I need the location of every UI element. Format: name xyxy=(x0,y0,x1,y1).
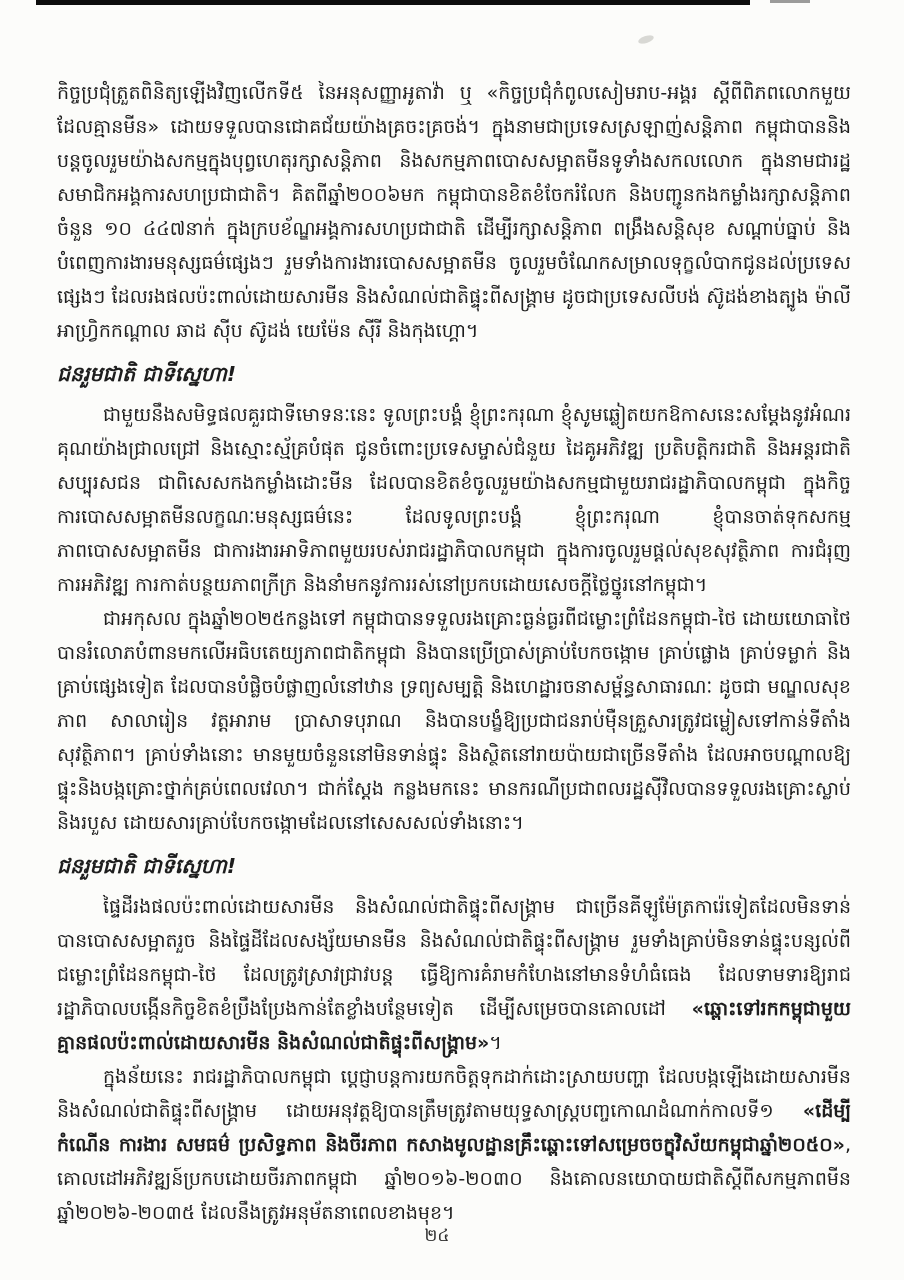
salutation-heading-1: ជនរួមជាតិ ជាទីស្នេហា! xyxy=(57,357,851,391)
page-number: ២៤ xyxy=(0,1224,874,1248)
salutation-heading-2: ជនរួមជាតិ ជាទីស្នេហា! xyxy=(57,849,851,883)
text-segment: កិច្ចប្រជុំត្រួតពិនិត្យឡើងវិញលើកទី៥ នៃអន… xyxy=(57,82,851,342)
gratitude-paragraph: ជាមួយនឹងសមិទ្ធផលគួរជាទីមោទនៈនេះ ទូលព្រះប… xyxy=(57,398,851,602)
text-segment: ជាអកុសល ក្នុងឆ្នាំ២០២៥កន្លងទៅ កម្ពុជាបាន… xyxy=(57,608,851,834)
border-conflict-paragraph: ជាអកុសល ក្នុងឆ្នាំ២០២៥កន្លងទៅ កម្ពុជាបាន… xyxy=(57,602,851,840)
scan-artifact-top-strip xyxy=(36,0,750,5)
continuation-paragraph: កិច្ចប្រជុំត្រួតពិនិត្យឡើងវិញលើកទី៥ នៃអន… xyxy=(57,76,851,348)
text-segment: ។ xyxy=(489,1032,502,1054)
text-segment: ក្នុងន័យនេះ រាជរដ្ឋាភិបាលកម្ពុជា ប្តេជ្ញ… xyxy=(57,1066,851,1122)
scan-artifact-top-strip-2 xyxy=(770,0,810,3)
scan-smudge-mark xyxy=(637,34,654,46)
scanned-document-page: កិច្ចប្រជុំត្រួតពិនិត្យឡើងវិញលើកទី៥ នៃអន… xyxy=(0,0,904,1280)
document-body: កិច្ចប្រជុំត្រួតពិនិត្យឡើងវិញលើកទី៥ នៃអន… xyxy=(57,76,851,1230)
remaining-contamination-paragraph: ផ្ទៃដីរងផលប៉ះពាល់ដោយសារមីន និងសំណល់ជាតិផ… xyxy=(57,890,851,1060)
government-commitment-paragraph: ក្នុងន័យនេះ រាជរដ្ឋាភិបាលកម្ពុជា ប្តេជ្ញ… xyxy=(57,1060,851,1230)
text-segment: ជាមួយនឹងសមិទ្ធផលគួរជាទីមោទនៈនេះ ទូលព្រះប… xyxy=(57,404,851,596)
